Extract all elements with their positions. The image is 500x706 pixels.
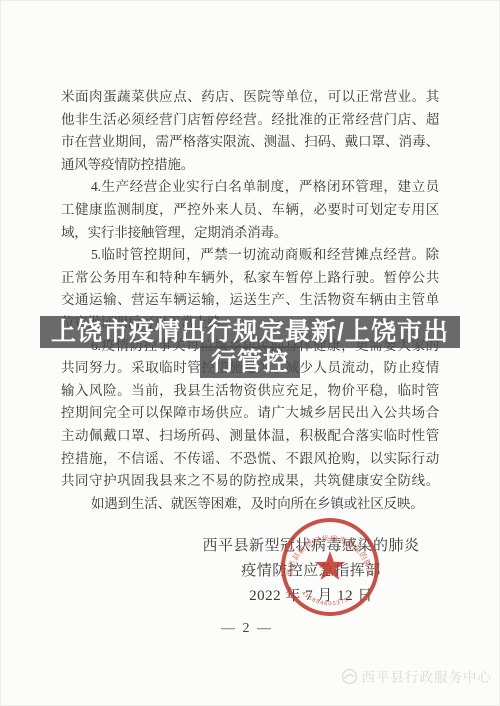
document-body: 米面肉蛋蔬菜供应点、药店、医院等单位，可以正常营业。其他非生活必须经营门店暂停经… <box>61 86 439 515</box>
official-red-seal: 西平县新型冠状病毒感染的肺炎疫情防控应急指挥部 4158546053757 <box>268 509 392 625</box>
document-line: 工健康监测制度，严控外来人员、车辆，必要时可划定专用区 <box>61 199 439 222</box>
article-title-overlay: 上饶市疫情出行规定最新/上饶市出行管控 <box>0 317 500 377</box>
document-line: 交通运输、营运车辆运输，运送生产、生活物资车辆由主管单 <box>61 289 439 312</box>
document-line: 市在营业期间，需严格落实限流、测温、扫码、戴口罩、消毒、 <box>61 131 439 154</box>
document-line: 控期间完全可以保障市场供应。请广大城乡居民出入公共场合 <box>61 402 439 425</box>
document-line: 正常公务用车和特种车辆外，私家车暂停上路行驶。暂停公共 <box>61 267 439 290</box>
red-star-icon <box>315 551 345 580</box>
document-line: 通风等疫情防控措施。 <box>61 154 439 177</box>
service-center-logo-icon <box>341 668 358 685</box>
seal-serial-number: 4158546053757 <box>300 590 354 607</box>
scanned-document-page: 米面肉蛋蔬菜供应点、药店、医院等单位，可以正常营业。其他非生活必须经营门店暂停经… <box>0 0 500 706</box>
document-line: 米面肉蛋蔬菜供应点、药店、医院等单位，可以正常营业。其 <box>61 86 439 109</box>
document-line: 他非生活必须经营门店暂停经营。经批准的正常经营门店、超 <box>61 109 439 132</box>
document-line: 控措施，不信谣、不传谣、不恐慌、不跟风抢购，以实际行动 <box>61 448 439 471</box>
site-watermark: 西平县行政服务中心 <box>341 666 493 686</box>
page-number: — 2 — <box>0 621 494 637</box>
document-line: 5.临时管控期间，严禁一切流动商贩和经营摊点经营。除 <box>61 244 439 267</box>
document-line: 输入风险。当前，我县生活物资供应充足，物价平稳，临时管 <box>61 380 439 403</box>
document-line: 4.生产经营企业实行白名单制度，严格闭环管理，建立员 <box>61 176 439 199</box>
document-line: 共同守护巩固我县来之不易的防控成果，共筑健康安全防线。 <box>61 470 439 493</box>
watermark-text: 西平县行政服务中心 <box>362 666 493 686</box>
page-title: 上饶市疫情出行规定最新/上饶市出行管控 <box>0 317 500 377</box>
document-line: 主动佩戴口罩、扫场所码、测量体温，积极配合落实临时性管 <box>61 425 439 448</box>
document-line: 域，实行非接触管理，定期消杀消毒。 <box>61 222 439 245</box>
page-title-text: 上饶市疫情出行规定最新/上饶市出行管控 <box>40 316 460 378</box>
